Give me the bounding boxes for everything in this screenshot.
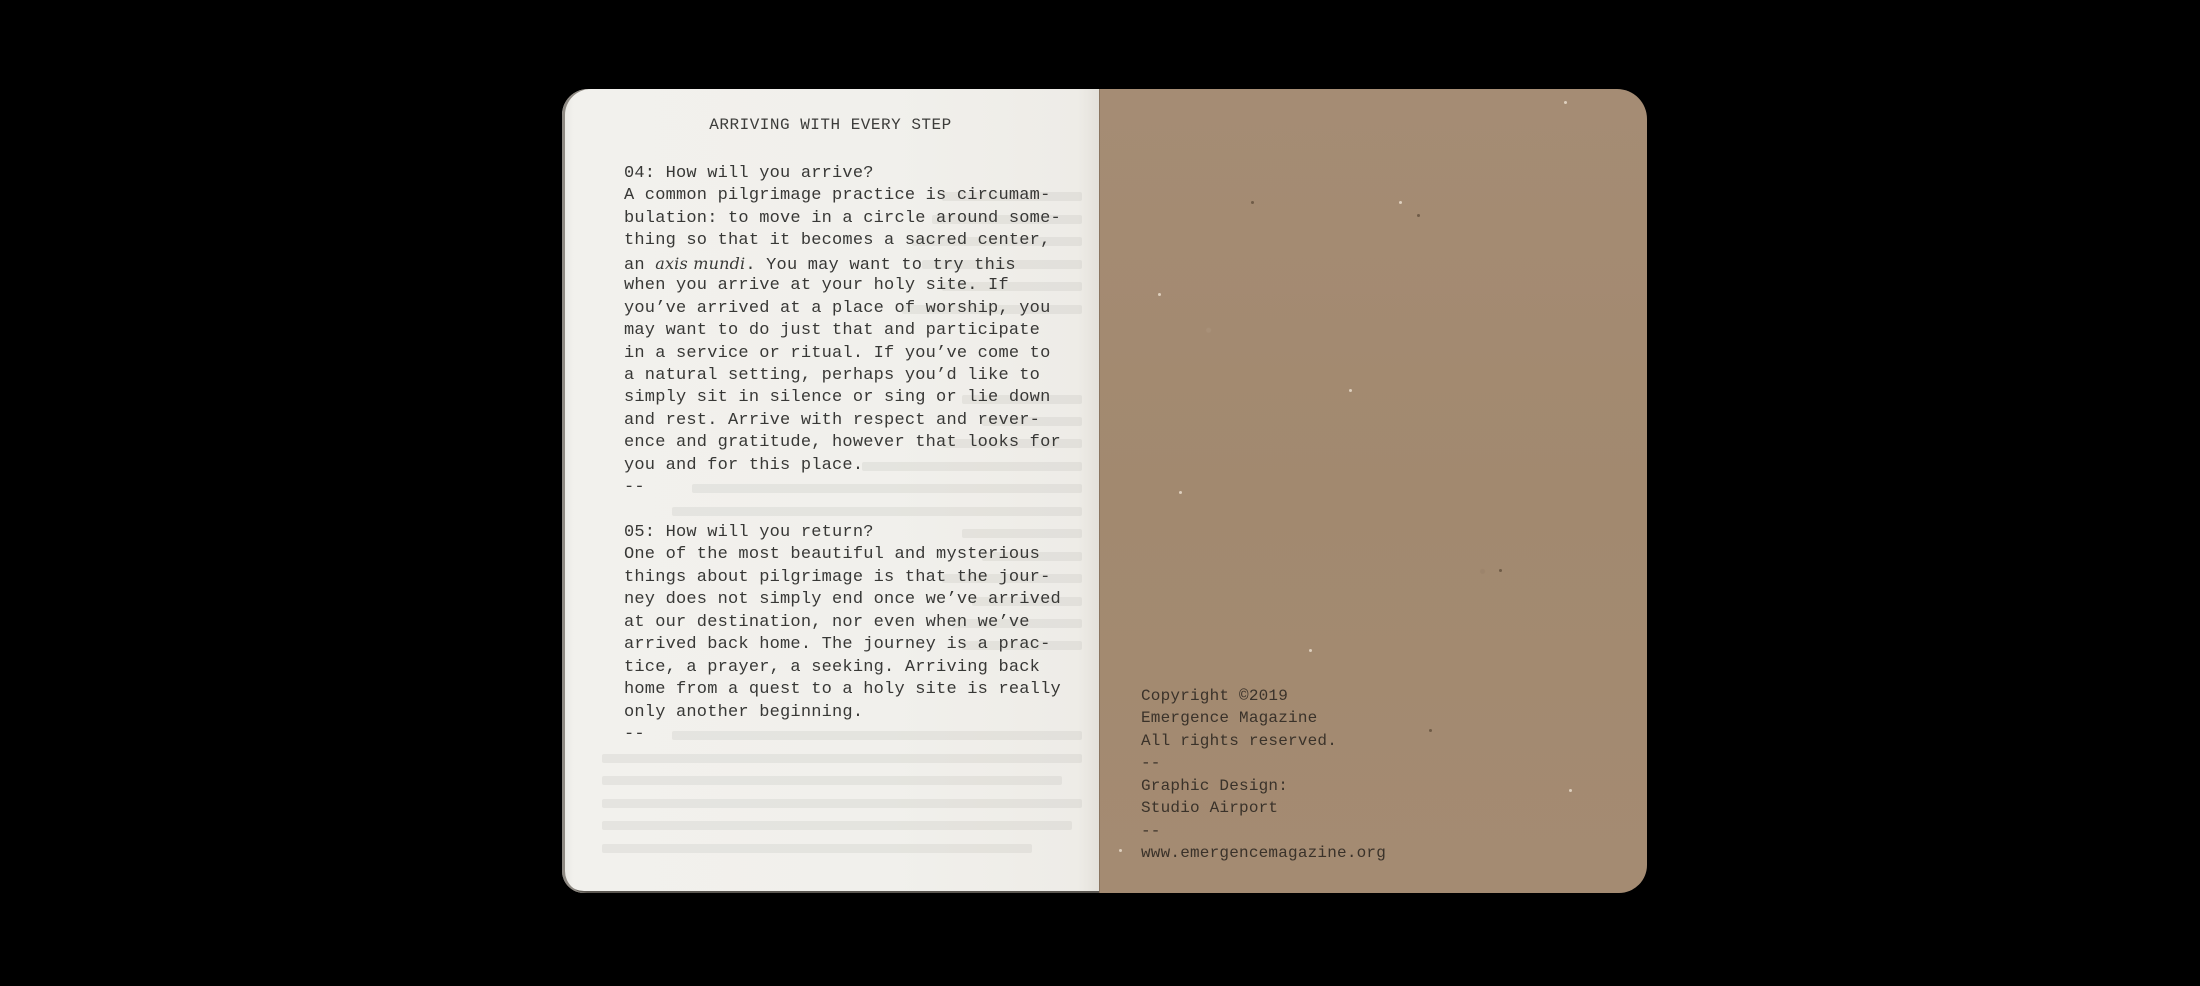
credit-line: Emergence Magazine (1141, 707, 1386, 729)
text-line: ney does not simply end once we’ve arriv… (624, 589, 1061, 611)
text-line: you’ve arrived at a place of worship, yo… (624, 298, 1061, 320)
credit-line: www.emergencemagazine.org (1141, 842, 1386, 864)
body-text: 04: How will you arrive?A common pilgrim… (624, 163, 1061, 746)
text-line: you and for this place. (624, 455, 1061, 477)
text-line: when you arrive at your holy site. If (624, 275, 1061, 297)
text-line: thing so that it becomes a sacred center… (624, 230, 1061, 252)
text-line: arrived back home. The journey is a prac… (624, 634, 1061, 656)
page-title: ARRIVING WITH EVERY STEP (562, 116, 1099, 134)
right-page-cover: Copyright ©2019Emergence MagazineAll rig… (1099, 89, 1647, 893)
text-line: and rest. Arrive with respect and rever- (624, 410, 1061, 432)
credit-line: Graphic Design: (1141, 775, 1386, 797)
text-line: 04: How will you arrive? (624, 163, 1061, 185)
text-line: only another beginning. (624, 702, 1061, 724)
text-line: things about pilgrimage is that the jour… (624, 567, 1061, 589)
text-line: 05: How will you return? (624, 522, 1061, 544)
text-line: -- (624, 477, 1061, 499)
text-line: simply sit in silence or sing or lie dow… (624, 387, 1061, 409)
text-line (624, 500, 1061, 522)
text-line: in a service or ritual. If you’ve come t… (624, 343, 1061, 365)
text-line: home from a quest to a holy site is real… (624, 679, 1061, 701)
left-page: ARRIVING WITH EVERY STEP 04: How will yo… (562, 89, 1099, 893)
credit-line: -- (1141, 820, 1386, 842)
credit-line: Copyright ©2019 (1141, 685, 1386, 707)
text-line: at our destination, nor even when we’ve (624, 612, 1061, 634)
text-line: -- (624, 724, 1061, 746)
text-line: a natural setting, perhaps you’d like to (624, 365, 1061, 387)
credits-block: Copyright ©2019Emergence MagazineAll rig… (1141, 685, 1386, 865)
text-line: bulation: to move in a circle around som… (624, 208, 1061, 230)
credit-line: Studio Airport (1141, 797, 1386, 819)
open-booklet: ARRIVING WITH EVERY STEP 04: How will yo… (562, 89, 1647, 893)
credit-line: -- (1141, 752, 1386, 774)
text-line: may want to do just that and participate (624, 320, 1061, 342)
text-line: ence and gratitude, however that looks f… (624, 432, 1061, 454)
text-line: A common pilgrimage practice is circumam… (624, 185, 1061, 207)
text-line: an axis mundi. You may want to try this (624, 253, 1061, 275)
text-line: tice, a prayer, a seeking. Arriving back (624, 657, 1061, 679)
italic-phrase: axis mundi (655, 254, 745, 273)
credit-line: All rights reserved. (1141, 730, 1386, 752)
text-line: One of the most beautiful and mysterious (624, 544, 1061, 566)
